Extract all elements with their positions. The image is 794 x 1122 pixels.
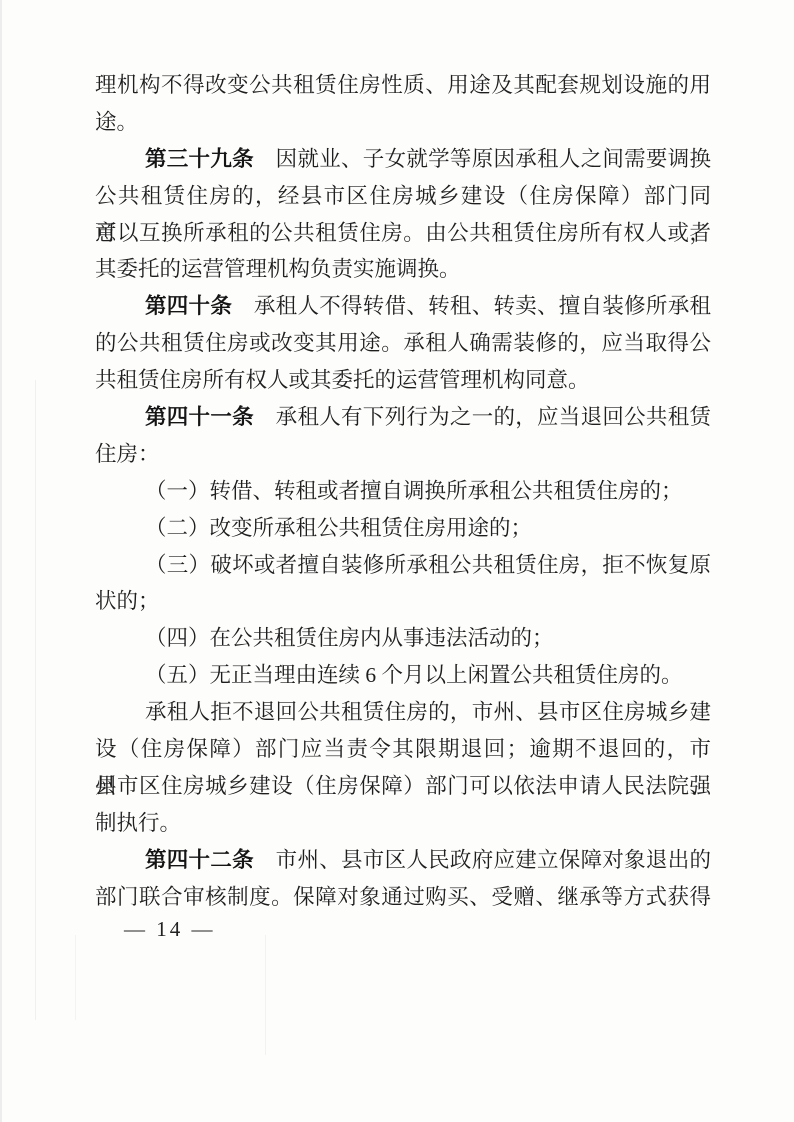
text-line: （一）转借、转租或者擅自调换所承租公共租赁住房的； [95,473,711,510]
article-heading-line: 第四十一条 承租人有下列行为之一的，应当退回公共租赁 [95,399,711,436]
text-line: 部门联合审核制度。保障对象通过购买、受赠、继承等方式获得 [95,879,711,916]
text-line: 其委托的运营管理机构负责实施调换。 [95,251,711,288]
text-line: 制执行。 [95,805,711,842]
article-heading-line: 第四十二条 市州、县市区人民政府应建立保障对象退出的 [95,842,711,879]
text-line: 承租人拒不退回公共租赁住房的，市州、县市区住房城乡建 [95,694,711,731]
scan-line-artifact [265,935,266,1055]
text-line: 设（住房保障）部门应当责令其限期退回；逾期不退回的，市州、 [95,731,711,768]
text-line: 可以互换所承租的公共租赁住房。由公共租赁住房所有权人或者 [95,215,711,252]
scan-line-artifact [75,935,76,1020]
text-line: 的公共租赁住房或改变其用途。承租人确需装修的，应当取得公 [95,325,711,362]
text-line: （三）破坏或者擅自装修所承租公共租赁住房，拒不恢复原 [95,547,711,584]
scan-line-artifact [35,380,36,1020]
article-number: 第三十九条 [145,147,254,171]
article-number: 第四十条 [145,294,232,318]
article-number: 第四十二条 [145,848,254,872]
page-number: — 14 — [124,914,216,944]
document-page: 理机构不得改变公共租赁住房性质、用途及其配套规划设施的用途。第三十九条 因就业、… [0,0,794,1122]
text-line: 状的； [95,583,711,620]
text-line: 共租赁住房所有权人或其委托的运营管理机构同意。 [95,362,711,399]
article-number: 第四十一条 [145,405,254,429]
text-line: 理机构不得改变公共租赁住房性质、用途及其配套规划设施的用 [95,67,711,104]
text-line: 住房： [95,436,711,473]
article-heading-line: 第四十条 承租人不得转借、转租、转卖、擅自装修所承租 [95,288,711,325]
text-line: （四）在公共租赁住房内从事违法活动的； [95,620,711,657]
text-line: （五）无正当理由连续 6 个月以上闲置公共租赁住房的。 [95,657,711,694]
text-line: 途。 [95,104,711,141]
text-line: 县市区住房城乡建设（住房保障）部门可以依法申请人民法院强 [95,768,711,805]
text-line: （二）改变所承租公共租赁住房用途的； [95,510,711,547]
scan-edge-artifact [0,0,2,1122]
article-heading-line: 第三十九条 因就业、子女就学等原因承租人之间需要调换 [95,141,711,178]
document-body: 理机构不得改变公共租赁住房性质、用途及其配套规划设施的用途。第三十九条 因就业、… [95,67,711,915]
text-line: 公共租赁住房的，经县市区住房城乡建设（住房保障）部门同意， [95,178,711,215]
